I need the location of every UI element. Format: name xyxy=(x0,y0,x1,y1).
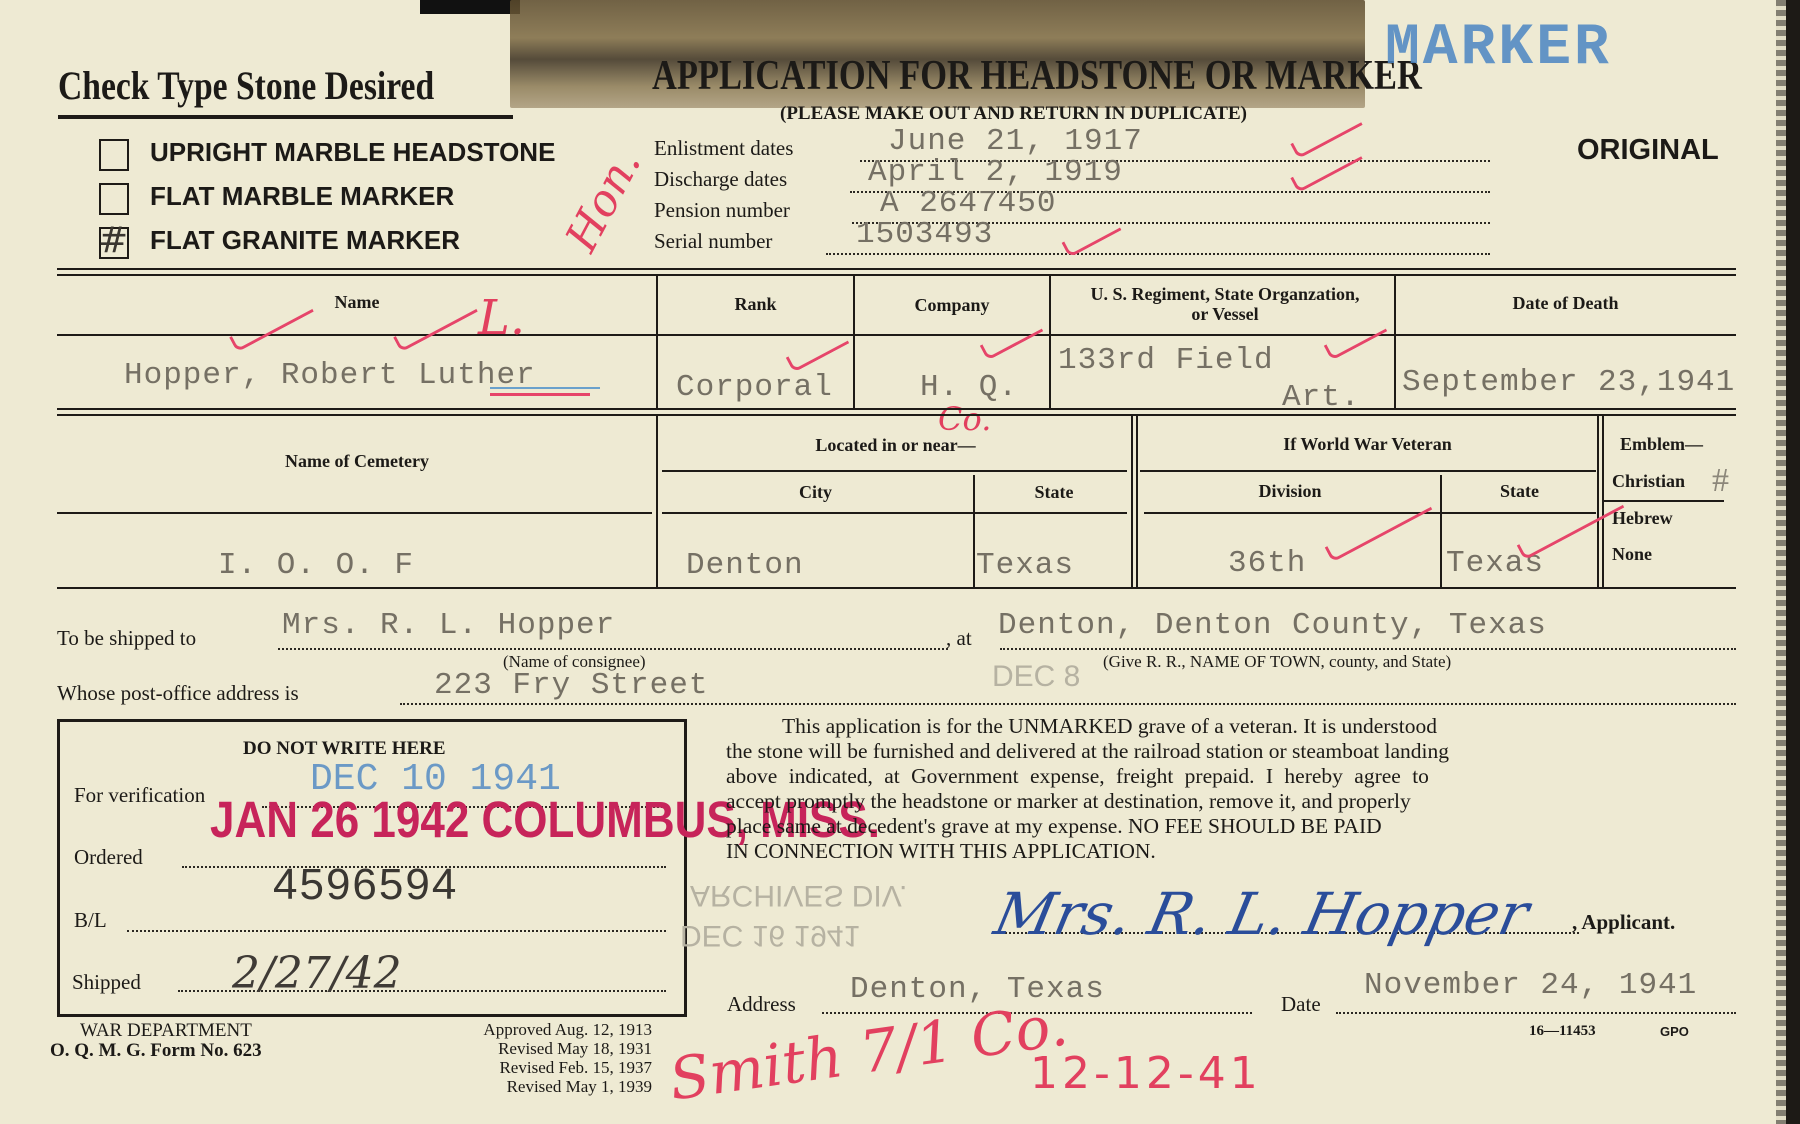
hash-check-mark: # xyxy=(98,220,128,261)
header-division: Division xyxy=(1140,481,1440,502)
red-check-mark xyxy=(1517,492,1625,560)
agreement-line: accept promptly the headstone or marker … xyxy=(726,789,1736,814)
table-top-rule xyxy=(57,268,1736,270)
col-divider xyxy=(1131,416,1133,588)
col-divider xyxy=(973,475,975,588)
at-label: , at xyxy=(946,626,972,651)
col-divider xyxy=(1394,276,1396,408)
regiment-field-line1[interactable]: 133rd Field xyxy=(1058,343,1274,378)
date-of-death-field[interactable]: September 23,1941 xyxy=(1402,365,1735,400)
bl-label: B/L xyxy=(74,908,107,933)
stone-type-heading: Check Type Stone Desired xyxy=(58,62,434,109)
discharge-field[interactable]: April 2, 1919 xyxy=(868,155,1123,190)
archives-stamp: ARCHIVES DIV. xyxy=(690,878,907,912)
table-bottom-rule xyxy=(57,587,1736,589)
stone-option-label: UPRIGHT MARBLE HEADSTONE xyxy=(150,137,555,168)
header-city: City xyxy=(657,482,974,503)
header-company: Company xyxy=(854,295,1050,316)
emblem-option-christian[interactable]: Christian xyxy=(1612,471,1685,492)
agreement-line: IN CONNECTION WITH THIS APPLICATION. xyxy=(726,839,1736,864)
applicant-label: , Applicant. xyxy=(1572,910,1675,935)
stone-option-label: FLAT MARBLE MARKER xyxy=(150,181,454,212)
cemetery-name-field[interactable]: I. O. O. F xyxy=(218,548,414,583)
located-rule xyxy=(662,470,1127,472)
address-label: Address xyxy=(727,992,796,1017)
marker-stamp: MARKER xyxy=(1385,16,1612,81)
destination-line xyxy=(1000,648,1736,650)
ship-to-field[interactable]: Mrs. R. L. Hopper xyxy=(282,608,615,643)
applicant-signature[interactable]: Mrs. R. L. Hopper xyxy=(989,880,1535,948)
ship-to-line xyxy=(278,648,948,650)
shipped-label: Shipped xyxy=(72,970,141,995)
name-underline-blue xyxy=(490,387,600,389)
header-ww-state: State xyxy=(1442,481,1597,502)
pension-label: Pension number xyxy=(654,198,790,223)
verification-label: For verification xyxy=(74,783,205,808)
flat-marble-checkbox[interactable] xyxy=(99,183,129,215)
agreement-line: the stone will be furnished and delivere… xyxy=(726,739,1736,764)
agreement-line: place same at decedent's grave at my exp… xyxy=(726,814,1736,839)
header-emblem: Emblem— xyxy=(1620,434,1703,455)
header-state: State xyxy=(974,482,1134,503)
table-mid-rule xyxy=(57,414,1736,416)
col-divider xyxy=(1440,475,1442,588)
division-state-rule xyxy=(1144,512,1596,514)
destination-field[interactable]: Denton, Denton County, Texas xyxy=(998,608,1547,643)
serial-line xyxy=(826,253,1490,255)
ordered-label: Ordered xyxy=(74,845,143,870)
po-address-line xyxy=(400,703,1736,705)
revision-line: Revised Feb. 15, 1937 xyxy=(400,1058,652,1077)
stone-option-label: FLAT GRANITE MARKER xyxy=(150,225,460,256)
header-located: Located in or near— xyxy=(657,435,1134,456)
header-regiment: U. S. Regiment, State Organzation, or Ve… xyxy=(1090,284,1360,324)
date-line xyxy=(1336,1012,1736,1014)
veteran-name-field[interactable]: Hopper, Robert Luther xyxy=(124,358,536,393)
revision-line: Revised May 18, 1931 xyxy=(400,1039,652,1058)
revision-history: Approved Aug. 12, 1913 Revised May 18, 1… xyxy=(400,1020,652,1096)
col-divider xyxy=(853,276,855,408)
form-subtitle: (PLEASE MAKE OUT AND RETURN IN DUPLICATE… xyxy=(780,103,1247,125)
serial-label: Serial number xyxy=(654,229,772,254)
header-ww-veteran: If World War Veteran xyxy=(1140,434,1595,455)
emblem-option-none[interactable]: None xyxy=(1612,544,1652,565)
copy-label: ORIGINAL xyxy=(1577,134,1719,167)
emblem-rule xyxy=(1604,500,1724,502)
ww-rule xyxy=(1140,470,1596,472)
header-name: Name xyxy=(57,292,657,313)
emblem-hash-mark: # xyxy=(1712,462,1729,500)
table-top-rule xyxy=(57,274,1736,276)
agreement-line: above indicated, at Government expense, … xyxy=(726,764,1736,789)
cemetery-state-field[interactable]: Texas xyxy=(976,548,1074,583)
red-initial-note: L. xyxy=(478,290,525,346)
revision-line: Revised May 1, 1939 xyxy=(400,1077,652,1096)
header-rank: Rank xyxy=(657,294,854,315)
red-margin-note: Hon. xyxy=(556,141,651,260)
col-divider xyxy=(656,416,658,588)
cemetery-header-rule xyxy=(57,512,652,514)
war-department-label: WAR DEPARTMENT xyxy=(80,1020,252,1042)
revision-line: Approved Aug. 12, 1913 xyxy=(400,1020,652,1039)
city-state-rule xyxy=(662,512,1127,514)
faint-dec-stamp: DEC 8 xyxy=(992,660,1080,694)
date-label: Date xyxy=(1281,992,1321,1017)
enlistment-label: Enlistment dates xyxy=(654,136,793,161)
agreement-text: This application is for the UNMARKED gra… xyxy=(726,714,1736,864)
po-address-label: Whose post-office address is xyxy=(57,681,299,706)
pension-field[interactable]: A 2647450 xyxy=(880,186,1056,221)
office-box-heading: DO NOT WRITE HERE xyxy=(243,738,446,760)
red-check-mark xyxy=(980,316,1044,361)
bl-line xyxy=(127,930,666,932)
enlistment-field[interactable]: June 21, 1917 xyxy=(888,124,1143,159)
red-check-mark xyxy=(1325,494,1433,562)
form-number: O. Q. M. G. Form No. 623 xyxy=(50,1040,262,1062)
table-mid-rule xyxy=(57,408,1736,410)
cemetery-city-field[interactable]: Denton xyxy=(686,548,804,583)
archives-date-stamp: DEC 16 1941 xyxy=(680,918,860,952)
date-field[interactable]: November 24, 1941 xyxy=(1364,968,1697,1003)
discharge-label: Discharge dates xyxy=(654,167,787,192)
col-divider xyxy=(1049,276,1051,408)
heading-underline xyxy=(58,115,513,119)
col-divider xyxy=(656,276,658,408)
torn-edge xyxy=(420,0,520,14)
application-form: APPLICATION FOR HEADSTONE OR MARKER (PLE… xyxy=(0,0,1786,1124)
red-handwritten-date: 12-12-41 xyxy=(1030,1048,1262,1099)
upright-marble-checkbox[interactable] xyxy=(99,139,129,171)
print-code: 16—11453 xyxy=(1529,1023,1596,1040)
ship-to-label: To be shipped to xyxy=(57,626,196,651)
rank-field[interactable]: Corporal xyxy=(676,370,833,405)
header-rule xyxy=(57,334,1736,336)
header-cemetery: Name of Cemetery xyxy=(57,451,657,472)
name-underline-red xyxy=(490,393,590,396)
agreement-line: This application is for the UNMARKED gra… xyxy=(726,714,1736,739)
form-title: APPLICATION FOR HEADSTONE OR MARKER xyxy=(652,52,1422,100)
shipped-field[interactable]: 2/27/42 xyxy=(232,948,402,999)
red-company-note: Co. xyxy=(938,400,991,438)
emblem-option-hebrew[interactable]: Hebrew xyxy=(1612,508,1673,529)
header-date-of-death: Date of Death xyxy=(1395,293,1736,314)
ordered-field[interactable]: 4596594 xyxy=(273,860,458,910)
serial-field[interactable]: 1503493 xyxy=(856,217,993,252)
division-field[interactable]: 36th xyxy=(1228,546,1306,581)
gpo-mark: GPO xyxy=(1660,1024,1689,1039)
col-divider xyxy=(1136,416,1138,588)
destination-caption: (Give R. R., NAME OF TOWN, county, and S… xyxy=(1103,652,1451,672)
po-address-field[interactable]: 223 Fry Street xyxy=(434,668,708,703)
